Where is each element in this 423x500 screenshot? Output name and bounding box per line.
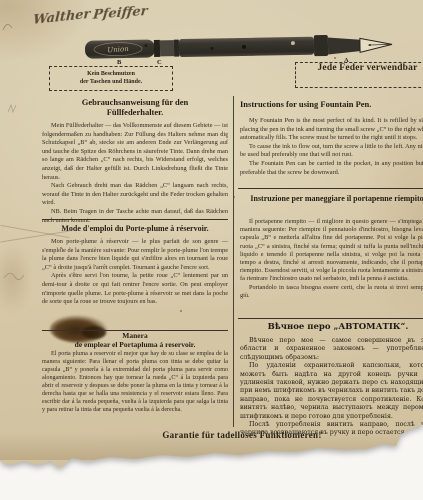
handwritten-first-name: Walther: [33, 7, 91, 28]
section-english: My Fountain Pen is the most perfect of i…: [240, 117, 423, 177]
column-divider: [233, 96, 234, 427]
stamp-box-any-nib: Jede Feder verwendbar: [295, 62, 423, 88]
french-para-1: Mon porte-plume à réservoir — le plus pa…: [42, 238, 228, 272]
german-para-1: Mein Füllfederhalter — das Vollkommenste…: [42, 122, 228, 182]
handwritten-last-name: Pfeiffer: [92, 4, 148, 23]
fly-speck: [180, 310, 182, 312]
pen-section: [328, 37, 362, 55]
stamp-box-right-text: Jede Feder verwendbar: [317, 63, 417, 73]
section-russian: Вѣчное перо мое — самое совершенное въ э…: [240, 337, 423, 438]
section-german: Mein Füllfederhalter — das Vollkommenste…: [42, 122, 228, 225]
pen-label-b: B: [117, 59, 121, 66]
pen-barrel: [179, 37, 314, 57]
stamp-box-left-line1: Kein Beschmutzen: [87, 71, 135, 79]
german-para-3: NB. Beim Tragen in der Tasche achte man …: [42, 208, 228, 225]
fountain-pen-illustration: Union: [84, 31, 396, 62]
section-french: Mon porte-plume à réservoir — le plus pa…: [42, 238, 228, 307]
italian-para-1: Il portapenne riempito — il migliore in …: [240, 218, 423, 284]
english-para-2: To cause the ink to flow out, turn the s…: [240, 143, 423, 160]
french-para-2: Après s'être servi l'on tourne, la petit…: [42, 272, 228, 306]
heading-english: Instructions for using Fountain Pen.: [240, 99, 423, 109]
russian-para-1: Вѣчное перо мое — самое совершенное въ э…: [240, 337, 423, 362]
stamp-box-left-line2: der Taschen und Hände.: [80, 79, 142, 87]
heading-german: Gebrauchsanweisung für den Füllfederhalt…: [42, 97, 228, 117]
russian-para-2: По удаленіи охранительной капсюльки, кот…: [240, 362, 423, 421]
heading-spanish-line2: de emplear el Portapluma á reservoir.: [42, 341, 228, 350]
heading-italian: Instruzione per maneggiare il portapenne…: [240, 194, 423, 204]
heading-spanish: Manera de emplear el Portapluma á reserv…: [42, 332, 228, 350]
scanned-leaflet: Walther Pfeiffer Union: [0, 0, 423, 500]
english-para-3: The Fountain Pen can be carried in the p…: [240, 160, 423, 177]
heading-french: Mode d'emploi du Porte-plume à réservoir…: [42, 224, 228, 233]
german-para-2: Nach Gebrauch dreht man das Rädchen „C“ …: [42, 182, 228, 208]
english-para-1: My Fountain Pen is the most perfect of i…: [240, 117, 423, 143]
left-margin-smudge: [0, 244, 32, 314]
section-rule: [238, 318, 423, 319]
guarantee-line: Garantie für tadelloses Funktionieren!: [62, 430, 422, 440]
italian-para-2: Portandolo in tasca bisogna essere certi…: [240, 284, 423, 300]
heading-german-line2: Füllfederhalter.: [42, 107, 228, 117]
heading-russian: Вѣчное перо „АВТОМАТІК“.: [240, 322, 423, 332]
pen-label-c: C: [157, 59, 162, 66]
paper-sheet: Walther Pfeiffer Union: [0, 0, 423, 500]
paper-shadow: Walther Pfeiffer Union: [0, 0, 423, 500]
section-spanish: El porta pluma a reservoir el mejor que …: [42, 350, 228, 414]
stamp-box-no-staining: Kein Beschmutzen der Taschen und Hände.: [49, 66, 173, 91]
heading-german-line1: Gebrauchsanweisung für den: [42, 97, 228, 107]
section-italian: Il portapenne riempito — il migliore in …: [240, 218, 423, 300]
section-rule: [238, 188, 423, 189]
spanish-para-1: El porta pluma a reservoir el mejor que …: [42, 350, 228, 414]
pen-brand-engraving: Union: [107, 45, 129, 55]
section-rule: [42, 219, 228, 220]
pen-collar: [314, 35, 328, 56]
